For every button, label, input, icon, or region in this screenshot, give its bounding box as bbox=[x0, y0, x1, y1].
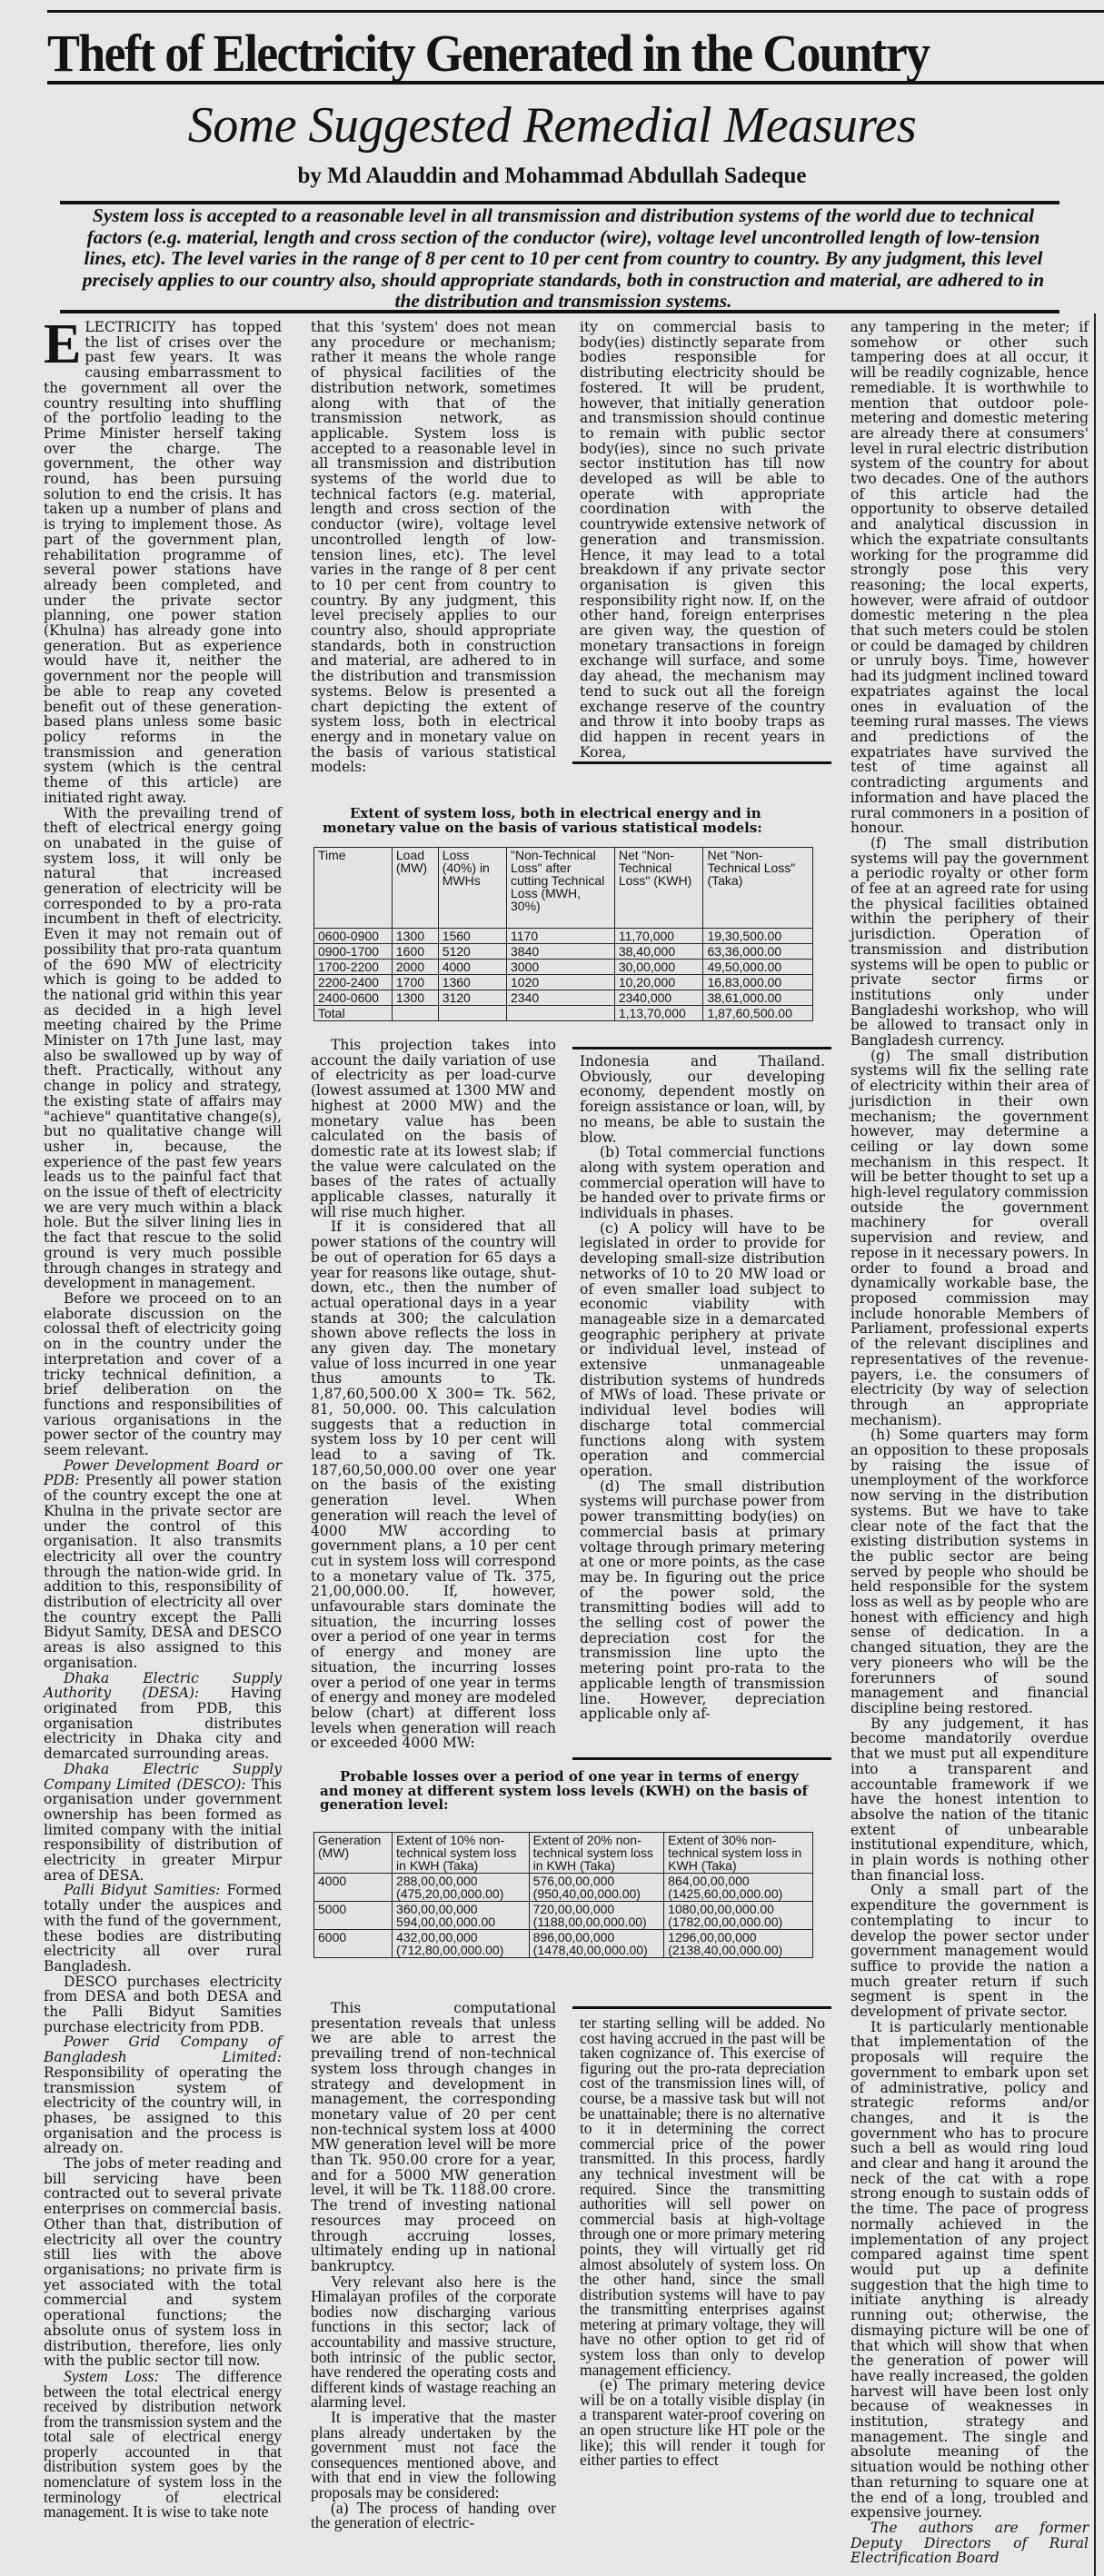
table-cell: 1170 bbox=[507, 929, 615, 944]
table-row: 4000 288,00,00,000(475,20,00,000.00) 576… bbox=[314, 1874, 813, 1902]
table-cell: 2400-0600 bbox=[314, 990, 393, 1006]
paragraph: that this 'system' does not mean any pro… bbox=[311, 320, 556, 775]
paragraph-desco: Dhaka Electric Supply Company Limited (D… bbox=[44, 1762, 282, 1884]
table-cell: 19,30,500.00 bbox=[703, 929, 813, 944]
table-row: 6000 432,00,00,000(712,80,00,000.00) 896… bbox=[314, 1930, 813, 1958]
table-header: "Non-Technical Loss" after cutting Techn… bbox=[507, 848, 615, 929]
intro-bottom-rule bbox=[60, 310, 1059, 313]
newspaper-page: Theft of Electricity Generated in the Co… bbox=[0, 0, 1104, 2576]
paragraph: DESCO purchases electricity from DESA an… bbox=[44, 1974, 282, 2035]
table-cell: 432,00,00,000(712,80,00,000.00) bbox=[393, 1930, 530, 1958]
table-cell: 3120 bbox=[438, 990, 506, 1006]
paragraph-desa: Dhaka Electric Supply Authority (DESA): … bbox=[44, 1671, 282, 1762]
table-cell: 1360 bbox=[438, 975, 506, 990]
table-cell: 4000 bbox=[314, 1874, 393, 1902]
paragraph: Before we proceed on to an elaborate dis… bbox=[44, 1291, 282, 1458]
table-1-title: Extent of system loss, both in electrica… bbox=[323, 807, 818, 835]
table-cell: Total bbox=[314, 1006, 393, 1021]
column-3-bottom: ter starting selling will be added. No c… bbox=[580, 2015, 825, 2468]
table-cell bbox=[438, 1006, 506, 1021]
column-3-middle: Indonesia and Thailand. Obviously, our d… bbox=[580, 1054, 825, 1722]
paragraph: It is particularly mentionable that impl… bbox=[850, 2020, 1089, 2521]
table-cell bbox=[392, 1006, 438, 1021]
table-cell: 5120 bbox=[438, 944, 506, 960]
table-cell: 4000 bbox=[438, 960, 506, 975]
table-row: 2200-240017001360102010,20,00016,83,000.… bbox=[314, 975, 813, 990]
headline: Theft of Electricity Generated in the Co… bbox=[47, 22, 1028, 85]
column-3-mid-rule bbox=[572, 1047, 831, 1049]
table-cell: 1300 bbox=[392, 929, 438, 944]
table-row: 0900-170016005120384038,40,00063,36,000.… bbox=[314, 944, 813, 960]
table-row: 5000 360,00,00,000594,00,00,000.00 720,0… bbox=[314, 1902, 813, 1930]
paragraph-system-loss: System Loss: The difference between the … bbox=[44, 2369, 282, 2520]
table-cell: 6000 bbox=[314, 1930, 393, 1958]
paragraph: Only a small part of the expenditure the… bbox=[850, 1883, 1089, 2019]
table-header-row: Generation (MW) Extent of 10% non-techni… bbox=[314, 1833, 813, 1874]
paragraph: This computational presentation reveals … bbox=[311, 2001, 556, 2274]
paragraph: (b) Total commercial functions along wit… bbox=[580, 1145, 825, 1221]
intro-deck: System loss is accepted to a reasonable … bbox=[73, 205, 1054, 313]
table-cell: 1020 bbox=[507, 975, 615, 990]
table-row: 2400-06001300312023402340,00038,61,000.0… bbox=[314, 990, 813, 1006]
table-cell: 864,00,00,000(1425,60,00,000.00) bbox=[664, 1874, 813, 1902]
table-cell: 896,00,00,000(1478,40,00,000.00) bbox=[529, 1930, 664, 1958]
table-cell: 360,00,00,000594,00,00,000.00 bbox=[393, 1902, 530, 1930]
subheadline: Some Suggested Remedial Measures bbox=[0, 95, 1104, 155]
table-cell: 720,00,00,000(1188,00,00,000.00) bbox=[529, 1902, 664, 1930]
table-2-title: Probable losses over a period of one yea… bbox=[320, 1770, 820, 1813]
table-system-loss: Time Load (MW) Loss (40%) in MWHs "Non-T… bbox=[313, 847, 813, 1021]
table-cell: 1,87,60,500.00 bbox=[703, 1006, 813, 1021]
table-cell: 2340,000 bbox=[614, 990, 703, 1006]
paragraph-pgcb: Power Grid Company of Bangladesh Limited… bbox=[44, 2034, 282, 2156]
column-3-lower-rule bbox=[572, 1757, 831, 1760]
table-cell: 38,40,000 bbox=[614, 944, 703, 960]
table-cell: 576,00,00,000(950,40,00,000.00) bbox=[529, 1874, 664, 1902]
paragraph: The jobs of meter reading and bill servi… bbox=[44, 2156, 282, 2369]
column-3-bottom-rule bbox=[572, 2006, 831, 2009]
column-2-middle: This projection takes into account the d… bbox=[311, 1038, 556, 1751]
column-3-rule bbox=[572, 761, 831, 764]
lead-paragraph: ELECTRICITY has topped the list of crise… bbox=[44, 320, 282, 806]
table-cell: 0900-1700 bbox=[314, 944, 393, 960]
table-header: Net "Non-Technical Loss" (Taka) bbox=[703, 848, 813, 929]
table-cell: 2000 bbox=[392, 960, 438, 975]
paragraph-pdb: Power Development Board or PDB: Presentl… bbox=[44, 1458, 282, 1671]
column-1: ELECTRICITY has topped the list of crise… bbox=[44, 320, 282, 2520]
table-header: Extent of 10% non-technical system loss … bbox=[393, 1833, 530, 1874]
byline: by Md Alauddin and Mohammad Abdullah Sad… bbox=[0, 164, 1104, 189]
top-rule bbox=[47, 10, 1104, 13]
paragraph: (a) The process of handing over the gene… bbox=[311, 2501, 556, 2531]
column-2-bottom: This computational presentation reveals … bbox=[311, 2001, 556, 2531]
paragraph-pbs: Palli Bidyut Samities: Formed totally un… bbox=[44, 1883, 282, 1974]
table-cell: 1300 bbox=[392, 990, 438, 1006]
table-cell: 1560 bbox=[438, 929, 506, 944]
paragraph: (d) The small distribution systems will … bbox=[580, 1479, 825, 1722]
table-header: Generation (MW) bbox=[314, 1833, 393, 1874]
table-cell: 1,13,70,000 bbox=[614, 1006, 703, 1021]
table-header: Loss (40%) in MWHs bbox=[438, 848, 506, 929]
paragraph: By any judgement, it has become mandator… bbox=[850, 1716, 1089, 1884]
table-cell: 0600-0900 bbox=[314, 929, 393, 944]
paragraph: (f) The small distribution systems will … bbox=[850, 836, 1089, 1049]
paragraph: If it is considered that all power stati… bbox=[311, 1219, 556, 1751]
table-cell: 5000 bbox=[314, 1902, 393, 1930]
table-cell: 1600 bbox=[392, 944, 438, 960]
right-border-rule bbox=[1094, 313, 1096, 2576]
column-2-top: that this 'system' does not mean any pro… bbox=[311, 320, 556, 775]
table-cell: 49,50,000.00 bbox=[703, 960, 813, 975]
paragraph: (e) The primary metering device will be … bbox=[580, 2377, 825, 2468]
table-header: Extent of 30% non-technical system loss … bbox=[664, 1833, 813, 1874]
paragraph: (h) Some quarters may form an opposition… bbox=[850, 1427, 1089, 1716]
headline-rule bbox=[47, 81, 1104, 85]
table-cell: 10,20,000 bbox=[614, 975, 703, 990]
column-4: any tampering in the meter; if somehow o… bbox=[850, 320, 1089, 2566]
column-3-top: ity on commercial basis to body(ies) dis… bbox=[580, 320, 825, 760]
paragraph: ity on commercial basis to body(ies) dis… bbox=[580, 320, 825, 760]
table-row: 1700-220020004000300030,00,00049,50,000.… bbox=[314, 960, 813, 975]
table-total-row: Total1,13,70,0001,87,60,500.00 bbox=[314, 1006, 813, 1021]
paragraph: ter starting selling will be added. No c… bbox=[580, 2015, 825, 2377]
paragraph: Very relevant also here is the Himalayan… bbox=[311, 2274, 556, 2410]
table-cell: 38,61,000.00 bbox=[703, 990, 813, 1006]
table-cell: 63,36,000.00 bbox=[703, 944, 813, 960]
table-cell: 16,83,000.00 bbox=[703, 975, 813, 990]
table-cell: 11,70,000 bbox=[614, 929, 703, 944]
table-header: Net "Non-Technical Loss" (KWH) bbox=[614, 848, 703, 929]
table-cell: 288,00,00,000(475,20,00,000.00) bbox=[393, 1874, 530, 1902]
table-cell: 1700-2200 bbox=[314, 960, 393, 975]
table-cell: 3000 bbox=[507, 960, 615, 975]
author-footnote: The authors are former Deputy Directors … bbox=[850, 2521, 1089, 2566]
paragraph: It is imperative that the master plans a… bbox=[311, 2410, 556, 2501]
table-cell: 1296,00,00,000(2138,40,00,000.00) bbox=[664, 1930, 813, 1958]
drop-cap: E bbox=[44, 322, 81, 367]
table-header: Extent of 20% non-technical system loss … bbox=[529, 1833, 664, 1874]
table-cell: 2340 bbox=[507, 990, 615, 1006]
paragraph: With the prevailing trend of theft of el… bbox=[44, 806, 282, 1292]
table-header: Time bbox=[314, 848, 393, 929]
paragraph: Indonesia and Thailand. Obviously, our d… bbox=[580, 1054, 825, 1145]
paragraph: any tampering in the meter; if somehow o… bbox=[850, 320, 1089, 836]
table-row: 0600-090013001560117011,70,00019,30,500.… bbox=[314, 929, 813, 944]
paragraph: (g) The small distribution systems will … bbox=[850, 1049, 1089, 1428]
table-header: Load (MW) bbox=[392, 848, 438, 929]
table-cell: 2200-2400 bbox=[314, 975, 393, 990]
table-cell: 1080,00,00,000.00(1782,00,00,000.00) bbox=[664, 1902, 813, 1930]
table-cell: 1700 bbox=[392, 975, 438, 990]
table-cell: 30,00,000 bbox=[614, 960, 703, 975]
paragraph: This projection takes into account the d… bbox=[311, 1038, 556, 1219]
table-cell bbox=[507, 1006, 615, 1021]
table-header-row: Time Load (MW) Loss (40%) in MWHs "Non-T… bbox=[314, 848, 813, 929]
paragraph: (c) A policy will have to be legislated … bbox=[580, 1221, 825, 1479]
table-cell: 3840 bbox=[507, 944, 615, 960]
table-probable-losses: Generation (MW) Extent of 10% non-techni… bbox=[313, 1832, 813, 1958]
